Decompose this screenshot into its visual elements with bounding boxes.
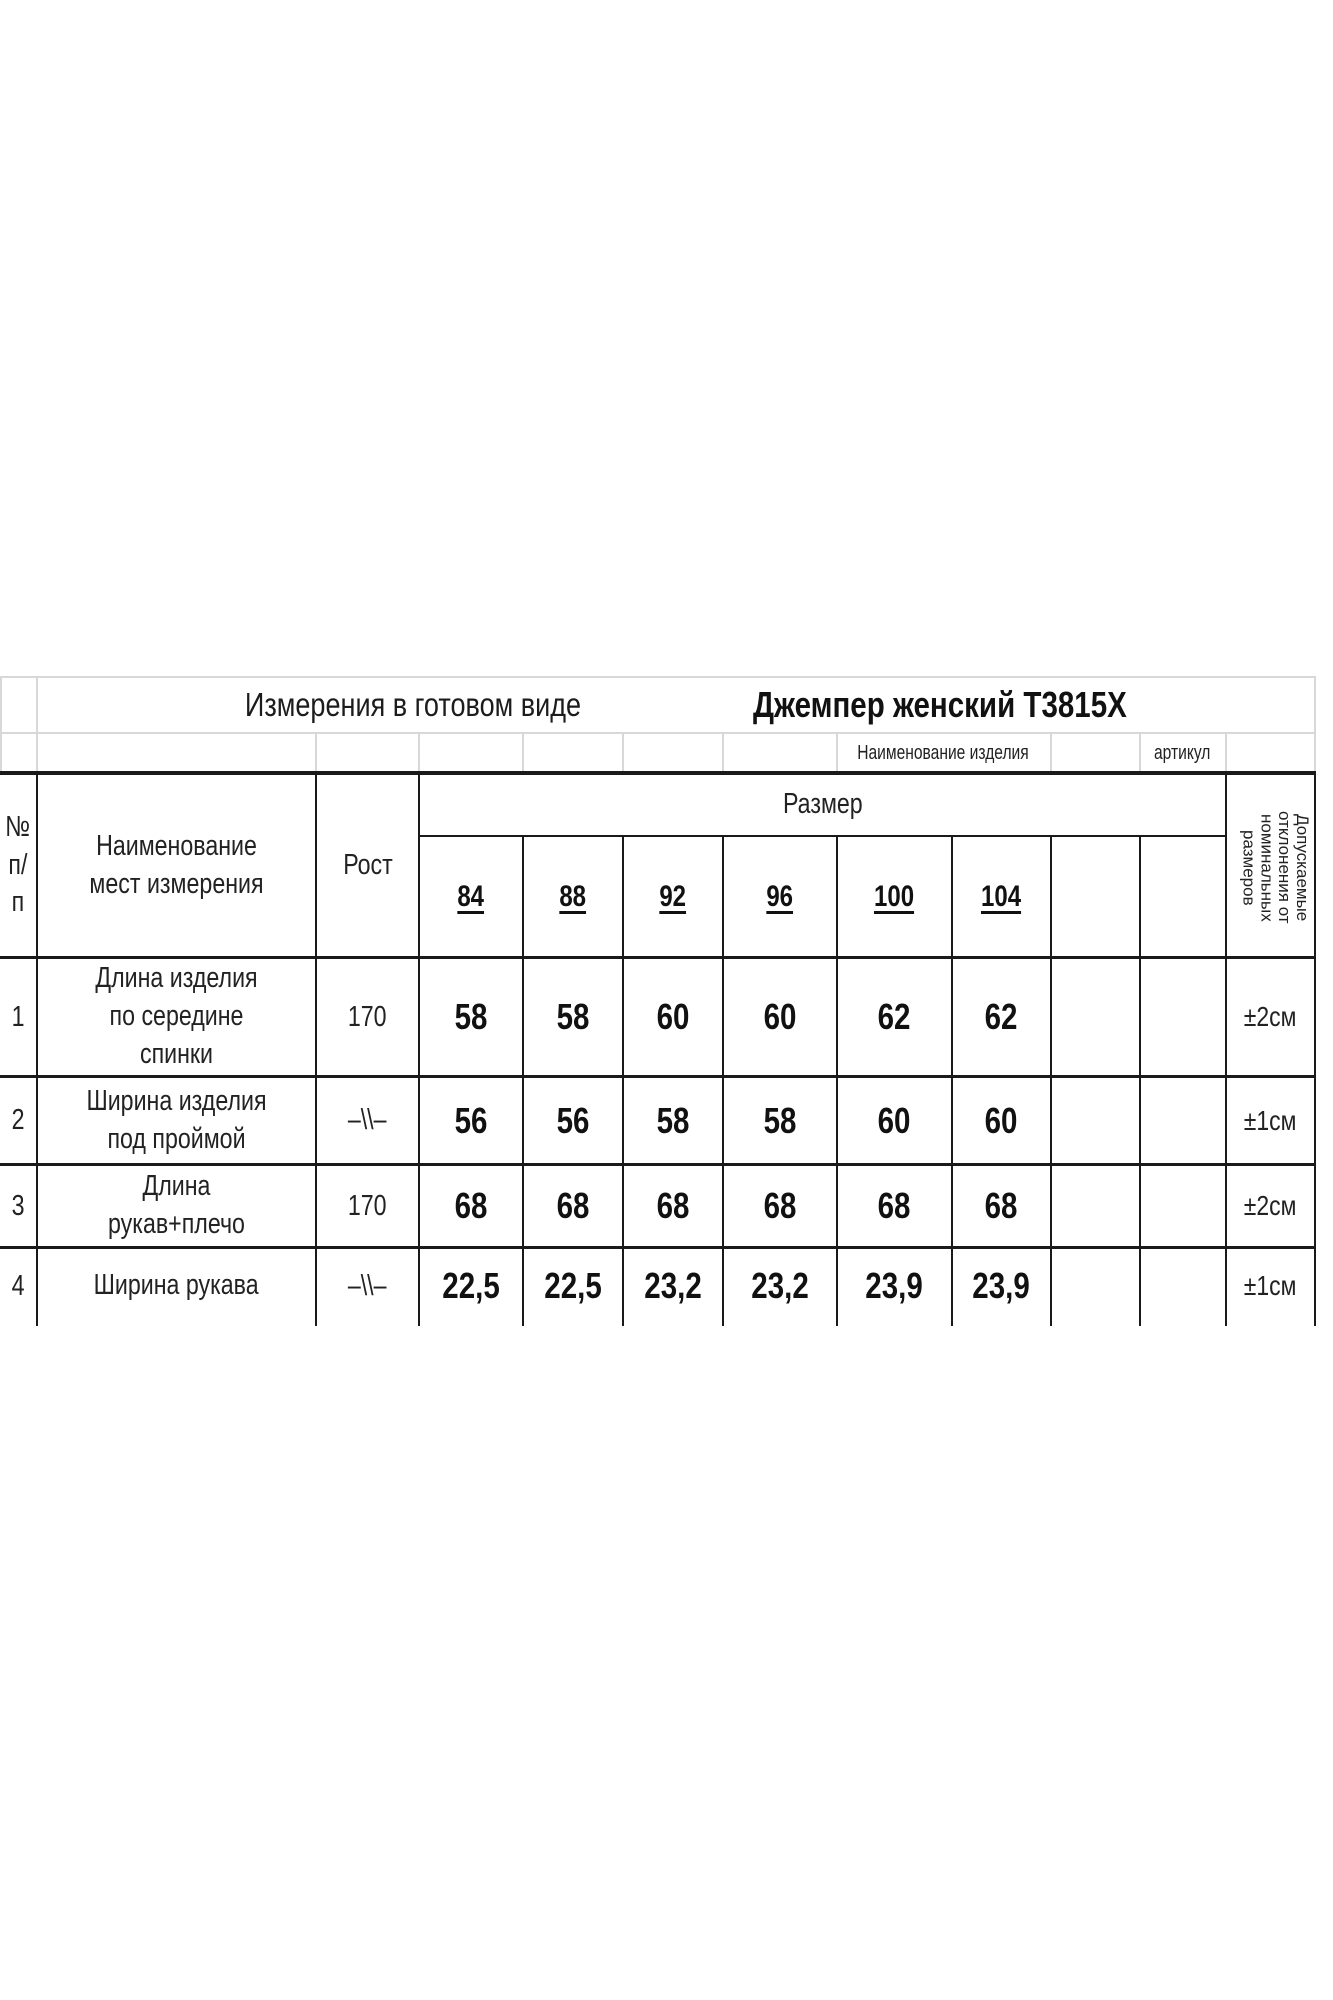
size-header-cell: 92 [624,837,722,956]
header-height-text: Рост [343,847,393,885]
row-number: 3 [12,1190,25,1223]
row-tolerance: ±1см [1244,1270,1297,1302]
row-measure-name-cell: Ширина изделия под проймой [38,1078,315,1163]
row-size-value-cell: 60 [953,1078,1050,1163]
row-tolerance: ±1см [1244,1105,1297,1137]
row-size-value-cell [1141,1078,1223,1163]
row-size-value-cell [1052,1166,1139,1246]
row-size-value-cell: 68 [838,1166,951,1246]
row-tolerance-cell: ±2см [1227,1166,1314,1246]
row-size-value-cell: 23,2 [724,1249,836,1323]
row-size-value-cell: 23,2 [624,1249,722,1323]
row-size-value-cell [1052,1078,1139,1163]
row-size-value-cell [1141,1166,1223,1246]
row-tolerance: ±2см [1244,1001,1297,1033]
row-tolerance-cell: ±1см [1227,1078,1314,1163]
row-height-cell: –\\– [317,1078,418,1163]
row-size-value-cell: 68 [953,1166,1050,1246]
row-number: 2 [12,1104,25,1137]
size-label: 88 [560,880,587,914]
row-size-value-cell: 56 [524,1078,622,1163]
row-size-value-cell: 60 [724,959,836,1075]
row-size-value-cell: 68 [724,1166,836,1246]
header-number-line3: п [12,884,25,922]
header-size-group: Размер [420,775,1225,835]
row-size-value-cell: 23,9 [953,1249,1050,1323]
row-size-value: 68 [878,1185,911,1227]
title-right-text: Джемпер женский Т3815Х [753,684,1127,726]
row-number-cell: 2 [0,1078,36,1163]
header-number-line2: п/ [8,847,27,885]
row-size-value-cell: 68 [524,1166,622,1246]
row-size-value: 58 [764,1100,797,1142]
row-size-value: 60 [764,996,797,1038]
header-height: Рост [317,775,418,956]
title-product: Джемпер женский Т3815Х [650,678,1230,732]
header-tolerance-text: Допускаемые отклонения от номинальных ра… [1231,785,1311,950]
row-tolerance: ±2см [1244,1190,1297,1222]
row-tolerance-cell: ±2см [1227,959,1314,1075]
row-size-value: 56 [557,1100,590,1142]
row-size-value: 68 [657,1185,690,1227]
row-size-value: 58 [557,996,590,1038]
row-size-value: 68 [764,1185,797,1227]
row-size-value: 22,5 [544,1265,601,1307]
row-size-value: 68 [557,1185,590,1227]
row-size-value: 23,9 [973,1265,1030,1307]
row-height-cell: 170 [317,1166,418,1246]
caption-article-text: артикул [1154,742,1210,765]
size-header-cell: 88 [524,837,622,956]
row-height: 170 [348,1190,387,1223]
row-size-value: 60 [878,1100,911,1142]
row-measure-name: Ширина рукава [94,1267,259,1305]
row-measure-name-cell: Длина рукав+плечо [38,1166,315,1246]
size-label: 92 [660,880,687,914]
row-size-value-cell: 60 [838,1078,951,1163]
row-size-value: 58 [455,996,488,1038]
row-number: 1 [12,1001,25,1034]
caption-article: артикул [1139,734,1225,773]
row-measure-name: Длина изделия по середине спинки [80,960,273,1073]
row-size-value-cell: 68 [624,1166,722,1246]
row-measure-name-cell: Длина изделия по середине спинки [38,959,315,1075]
row-number-cell: 1 [0,959,36,1075]
row-size-value: 22,5 [442,1265,499,1307]
row-size-value-cell: 58 [420,959,522,1075]
header-number: № п/ п [0,775,36,956]
row-measure-name: Ширина изделия под проймой [80,1083,273,1158]
row-height: –\\– [348,1104,387,1137]
row-number-cell: 4 [0,1249,36,1323]
row-number: 4 [12,1270,25,1303]
header-measure-place-text: Наименование мест измерения [82,828,272,903]
row-measure-name: Длина рукав+плечо [80,1168,273,1243]
row-size-value: 62 [878,996,911,1038]
row-size-value-cell: 23,9 [838,1249,951,1323]
size-label: 96 [767,880,794,914]
row-number-cell: 3 [0,1166,36,1246]
row-size-value-cell: 56 [420,1078,522,1163]
row-tolerance-cell: ±1см [1227,1249,1314,1323]
row-height: –\\– [348,1270,387,1303]
header-tolerance: Допускаемые отклонения от номинальных ра… [1227,775,1314,956]
caption-product-name-text: Наименование изделия [857,742,1029,765]
row-size-value-cell [1141,959,1223,1075]
header-size-group-text: Размер [783,786,863,824]
row-size-value: 56 [455,1100,488,1142]
row-size-value: 68 [455,1185,488,1227]
row-size-value-cell [1052,1249,1139,1323]
size-header-cell: 96 [724,837,836,956]
row-size-value-cell: 62 [953,959,1050,1075]
row-size-value: 23,2 [644,1265,701,1307]
size-header-cell [1141,837,1223,956]
row-height: 170 [348,1001,387,1034]
row-height-cell: 170 [317,959,418,1075]
row-measure-name-cell: Ширина рукава [38,1249,315,1323]
row-size-value: 68 [985,1185,1018,1227]
row-size-value-cell: 68 [420,1166,522,1246]
size-header-cell: 104 [953,837,1050,956]
row-size-value: 62 [985,996,1018,1038]
size-label: 84 [458,880,485,914]
header-measure-place: Наименование мест измерения [38,775,315,956]
size-header-cell [1052,837,1139,956]
header-number-line1: № [6,809,31,847]
row-size-value-cell [1141,1249,1223,1323]
row-size-value-cell [1052,959,1139,1075]
row-size-value-cell: 62 [838,959,951,1075]
size-header-cell: 100 [838,837,951,956]
row-size-value: 58 [657,1100,690,1142]
size-chart-sheet: Измерения в готовом виде Джемпер женский… [0,676,1316,1326]
row-height-cell: –\\– [317,1249,418,1323]
row-size-value-cell: 22,5 [524,1249,622,1323]
size-header-cell: 84 [420,837,522,956]
size-label: 104 [981,880,1021,914]
row-size-value-cell: 60 [624,959,722,1075]
size-label: 100 [874,880,914,914]
row-size-value-cell: 22,5 [420,1249,522,1323]
row-size-value: 23,9 [866,1265,923,1307]
row-size-value: 23,2 [751,1265,808,1307]
title-left-text: Измерения в готовом виде [245,686,581,724]
row-size-value-cell: 58 [524,959,622,1075]
row-size-value: 60 [985,1100,1018,1142]
row-size-value-cell: 58 [624,1078,722,1163]
row-size-value-cell: 58 [724,1078,836,1163]
row-size-value: 60 [657,996,690,1038]
caption-product-name: Наименование изделия [836,734,1050,773]
